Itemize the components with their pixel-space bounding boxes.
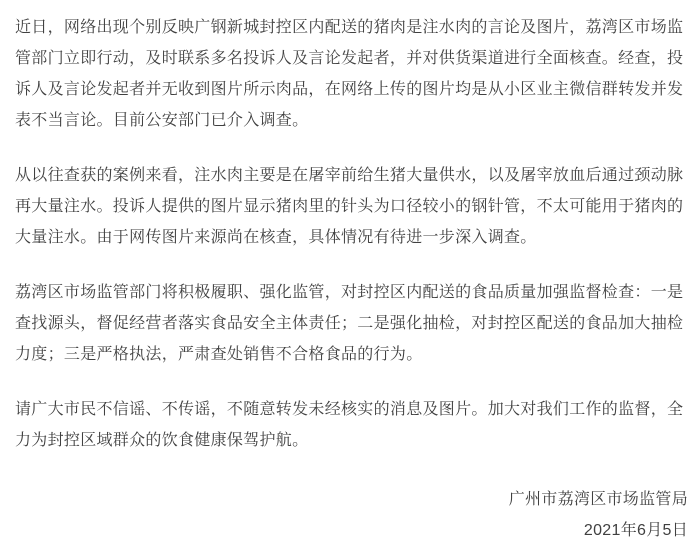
signature-date: 2021年6月5日 xyxy=(15,515,688,541)
paragraph-supervision-measures: 荔湾区市场监管部门将积极履职、强化监管，对封控区内配送的食品质量加强监督检查：一… xyxy=(15,277,688,370)
paragraph-incident-report: 近日，网络出现个别反映广钢新城封控区内配送的猪肉是注水肉的言论及图片，荔湾区市场… xyxy=(15,12,688,136)
paragraph-case-analysis: 从以往查获的案例来看，注水肉主要是在屠宰前给生猪大量供水，以及屠宰放血后通过颈动… xyxy=(15,160,688,253)
announcement-document: 近日，网络出现个别反映广钢新城封控区内配送的猪肉是注水肉的言论及图片，荔湾区市场… xyxy=(0,0,700,541)
paragraph-public-appeal: 请广大市民不信谣、不传谣，不随意转发未经核实的消息及图片。加大对我们工作的监督，… xyxy=(15,394,688,456)
signature-block: 广州市荔湾区市场监管局 2021年6月5日 xyxy=(15,484,688,541)
signature-organization: 广州市荔湾区市场监管局 xyxy=(15,484,688,515)
